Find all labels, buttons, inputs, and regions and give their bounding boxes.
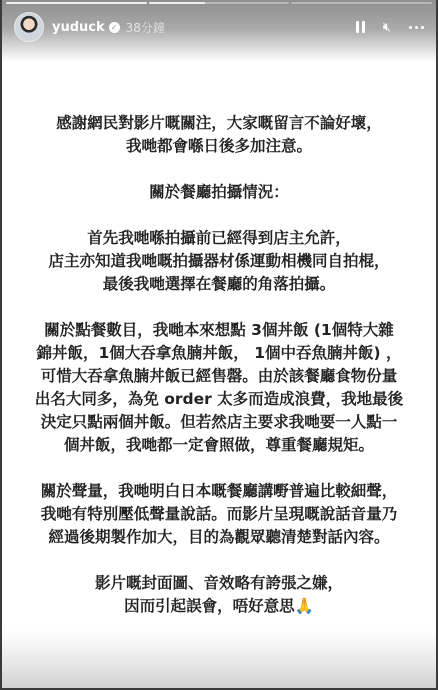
paragraph-volume: 關於聲量，我哋明白日本嘅餐廳講嘢普遍比較細聲， 我哋有特別壓低聲量說話。而影片呈… <box>2 480 436 549</box>
text-line: 關於聲量，我哋明白日本嘅餐廳講嘢普遍比較細聲， <box>10 480 428 503</box>
more-options-icon[interactable] <box>409 26 424 29</box>
text-line: 錦丼飯，1個大吞拿魚腩丼飯， 1個中吞魚腩丼飯) ， <box>10 342 428 365</box>
text-line: 首先我哋喺拍攝前已經得到店主允許， <box>10 227 428 250</box>
bottom-gradient <box>2 630 436 688</box>
text-line: 關於餐廳拍攝情況： <box>10 181 428 204</box>
text-line: 我哋都會喺日後多加注意。 <box>10 135 428 158</box>
text-line: 影片嘅封面圖、音效略有誇張之嫌， <box>10 572 428 595</box>
mute-icon[interactable]: 🔇︎ <box>383 21 391 34</box>
avatar[interactable] <box>14 12 44 42</box>
text-line: 可惜大吞拿魚腩丼飯已經售罄。由於該餐廳食物份量 <box>10 365 428 388</box>
story-progress-bar <box>6 2 432 4</box>
text-line: 最後我哋選擇在餐廳的角落拍攝。 <box>10 273 428 296</box>
text-line: 個丼飯，我哋都一定會照做，尊重餐廳規矩。 <box>10 434 428 457</box>
text-line: 店主亦知道我哋嘅拍攝器材係運動相機同自拍棍， <box>10 250 428 273</box>
username[interactable]: yuduck <box>52 20 105 35</box>
verified-badge-icon: ✓ <box>109 22 120 33</box>
text-line: 出名大同多，為免 order 太多而造成浪費，我地最後 <box>10 388 428 411</box>
progress-segment-1 <box>6 2 147 4</box>
text-line: 我哋有特別壓低聲量說話。而影片呈現嘅說話音量乃 <box>10 503 428 526</box>
story-viewer[interactable]: yuduck ✓ 38分鐘 🔇︎ 感謝網民對影片嘅關注，大家嘅留言不論好壞， 我… <box>2 0 436 688</box>
paragraph-filming: 首先我哋喺拍攝前已經得到店主允許， 店主亦知道我哋嘅拍攝器材係運動相機同自拍棍，… <box>2 227 436 296</box>
progress-segment-3 <box>291 2 432 4</box>
text-line: 關於點餐數目，我哋本來想點 3個丼飯 (1個特大雜 <box>10 319 428 342</box>
timestamp: 38分鐘 <box>126 19 165 36</box>
text-line: 經過後期製作加大，目的為觀眾聽清楚對話內容。 <box>10 526 428 549</box>
text-line: 因而引起誤會，唔好意思🙏 <box>10 595 428 618</box>
paragraph-thanks: 感謝網民對影片嘅關注，大家嘅留言不論好壞， 我哋都會喺日後多加注意。 <box>2 112 436 158</box>
story-text-content: 感謝網民對影片嘅關注，大家嘅留言不論好壞， 我哋都會喺日後多加注意。 關於餐廳拍… <box>2 112 436 641</box>
text-line: 決定只點兩個丼飯。但若然店主要求我哋要一人點一 <box>10 411 428 434</box>
story-controls: 🔇︎ <box>356 21 424 34</box>
progress-segment-2 <box>149 2 290 4</box>
paragraph-apology: 影片嘅封面圖、音效略有誇張之嫌， 因而引起誤會，唔好意思🙏 <box>2 572 436 618</box>
paragraph-filming-heading: 關於餐廳拍攝情況： <box>2 181 436 204</box>
paragraph-ordering: 關於點餐數目，我哋本來想點 3個丼飯 (1個特大雜 錦丼飯，1個大吞拿魚腩丼飯，… <box>2 319 436 457</box>
text-line: 感謝網民對影片嘅關注，大家嘅留言不論好壞， <box>10 112 428 135</box>
story-header: yuduck ✓ 38分鐘 🔇︎ <box>14 12 424 42</box>
pause-icon[interactable] <box>356 21 365 33</box>
